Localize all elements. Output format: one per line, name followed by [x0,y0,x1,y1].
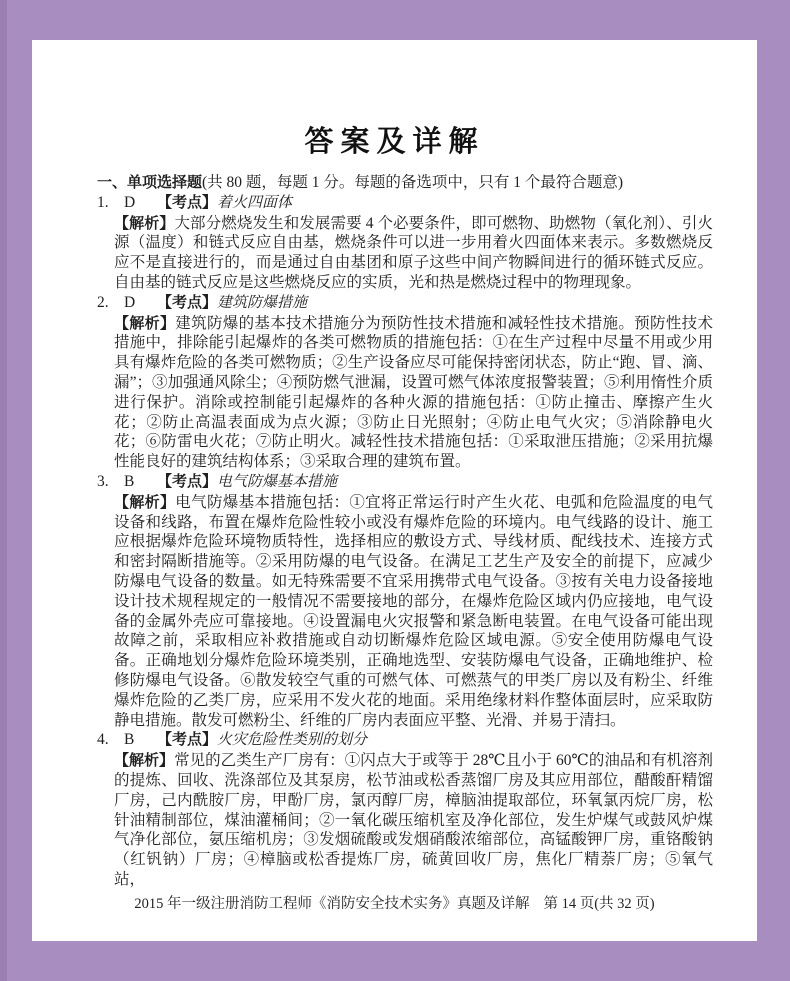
jiexi-label: 【解析】 [114,494,175,511]
question-number: 2. [97,293,124,313]
section-heading-bold: 一、单项选择题 [97,174,202,191]
question-number: 1. [97,193,124,213]
kaodian-label: 【考点】 [157,194,217,211]
kaodian-label: 【考点】 [157,294,217,311]
analysis-text: 建筑防爆的基本技术措施分为预防性技术措施和减轻性技术措施。预防性技术措施中，排除… [114,315,713,471]
answer-letter: B [124,472,157,492]
page-title: 答案及详解 [32,40,757,158]
analysis-paragraph: 【解析】大部分燃烧发生和发展需要 4 个必要条件，即可燃物、助燃物（氧化剂）、引… [114,214,713,293]
analysis-text: 大部分燃烧发生和发展需要 4 个必要条件，即可燃物、助燃物（氧化剂）、引火源（温… [114,215,713,291]
topic-text: 着火四面体 [217,195,292,211]
answer-item: 2.D【考点】建筑防爆措施 【解析】建筑防爆的基本技术措施分为预防性技术措施和减… [32,293,757,472]
section-heading: 一、单项选择题(共 80 题，每题 1 分。每题的备选项中，只有 1 个最符合题… [97,173,717,193]
topic-text: 建筑防爆措施 [217,295,307,311]
scan-edge-shadow [0,0,7,981]
item-header: 3.B【考点】电气防爆基本措施 [97,472,757,493]
jiexi-label: 【解析】 [114,315,175,332]
footer-book-title: 2015 年一级注册消防工程师《消防安全技术实务》真题及详解 [134,896,529,912]
item-header: 1.D【考点】着火四面体 [97,193,757,214]
answer-item: 1.D【考点】着火四面体 【解析】大部分燃烧发生和发展需要 4 个必要条件，即可… [32,193,757,293]
answer-letter: D [124,293,157,313]
footer-page-number: 第 14 页(共 32 页) [543,896,654,912]
analysis-paragraph: 【解析】常见的乙类生产厂房有：①闪点大于或等于 28℃且小于 60℃的油品和有机… [114,751,713,890]
item-header: 2.D【考点】建筑防爆措施 [97,293,757,314]
topic-text: 火灾危险性类别的划分 [217,732,367,748]
document-page: 答案及详解 一、单项选择题(共 80 题，每题 1 分。每题的备选项中，只有 1… [32,40,757,941]
kaodian-label: 【考点】 [157,473,217,490]
question-number: 4. [97,730,124,750]
kaodian-label: 【考点】 [157,731,217,748]
answer-item: 4.B【考点】火灾危险性类别的划分 【解析】常见的乙类生产厂房有：①闪点大于或等… [32,730,757,889]
analysis-text: 电气防爆基本措施包括：①宜将正常运行时产生火花、电弧和危险温度的电气设备和线路，… [114,494,713,729]
question-number: 3. [97,472,124,492]
answer-letter: D [124,193,157,213]
answer-letter: B [124,730,157,750]
jiexi-label: 【解析】 [114,752,174,769]
analysis-paragraph: 【解析】建筑防爆的基本技术措施分为预防性技术措施和减轻性技术措施。预防性技术措施… [114,314,713,472]
topic-text: 电气防爆基本措施 [217,474,337,490]
analysis-paragraph: 【解析】电气防爆基本措施包括：①宜将正常运行时产生火花、电弧和危险温度的电气设备… [114,493,713,731]
answer-item: 3.B【考点】电气防爆基本措施 【解析】电气防爆基本措施包括：①宜将正常运行时产… [32,472,757,730]
jiexi-label: 【解析】 [114,215,174,232]
section-heading-rest: (共 80 题，每题 1 分。每题的备选项中，只有 1 个最符合题意) [202,174,623,191]
item-header: 4.B【考点】火灾危险性类别的划分 [97,730,757,751]
analysis-text: 常见的乙类生产厂房有：①闪点大于或等于 28℃且小于 60℃的油品和有机溶剂的提… [114,752,713,888]
page-footer: 2015 年一级注册消防工程师《消防安全技术实务》真题及详解第 14 页(共 3… [32,895,757,914]
